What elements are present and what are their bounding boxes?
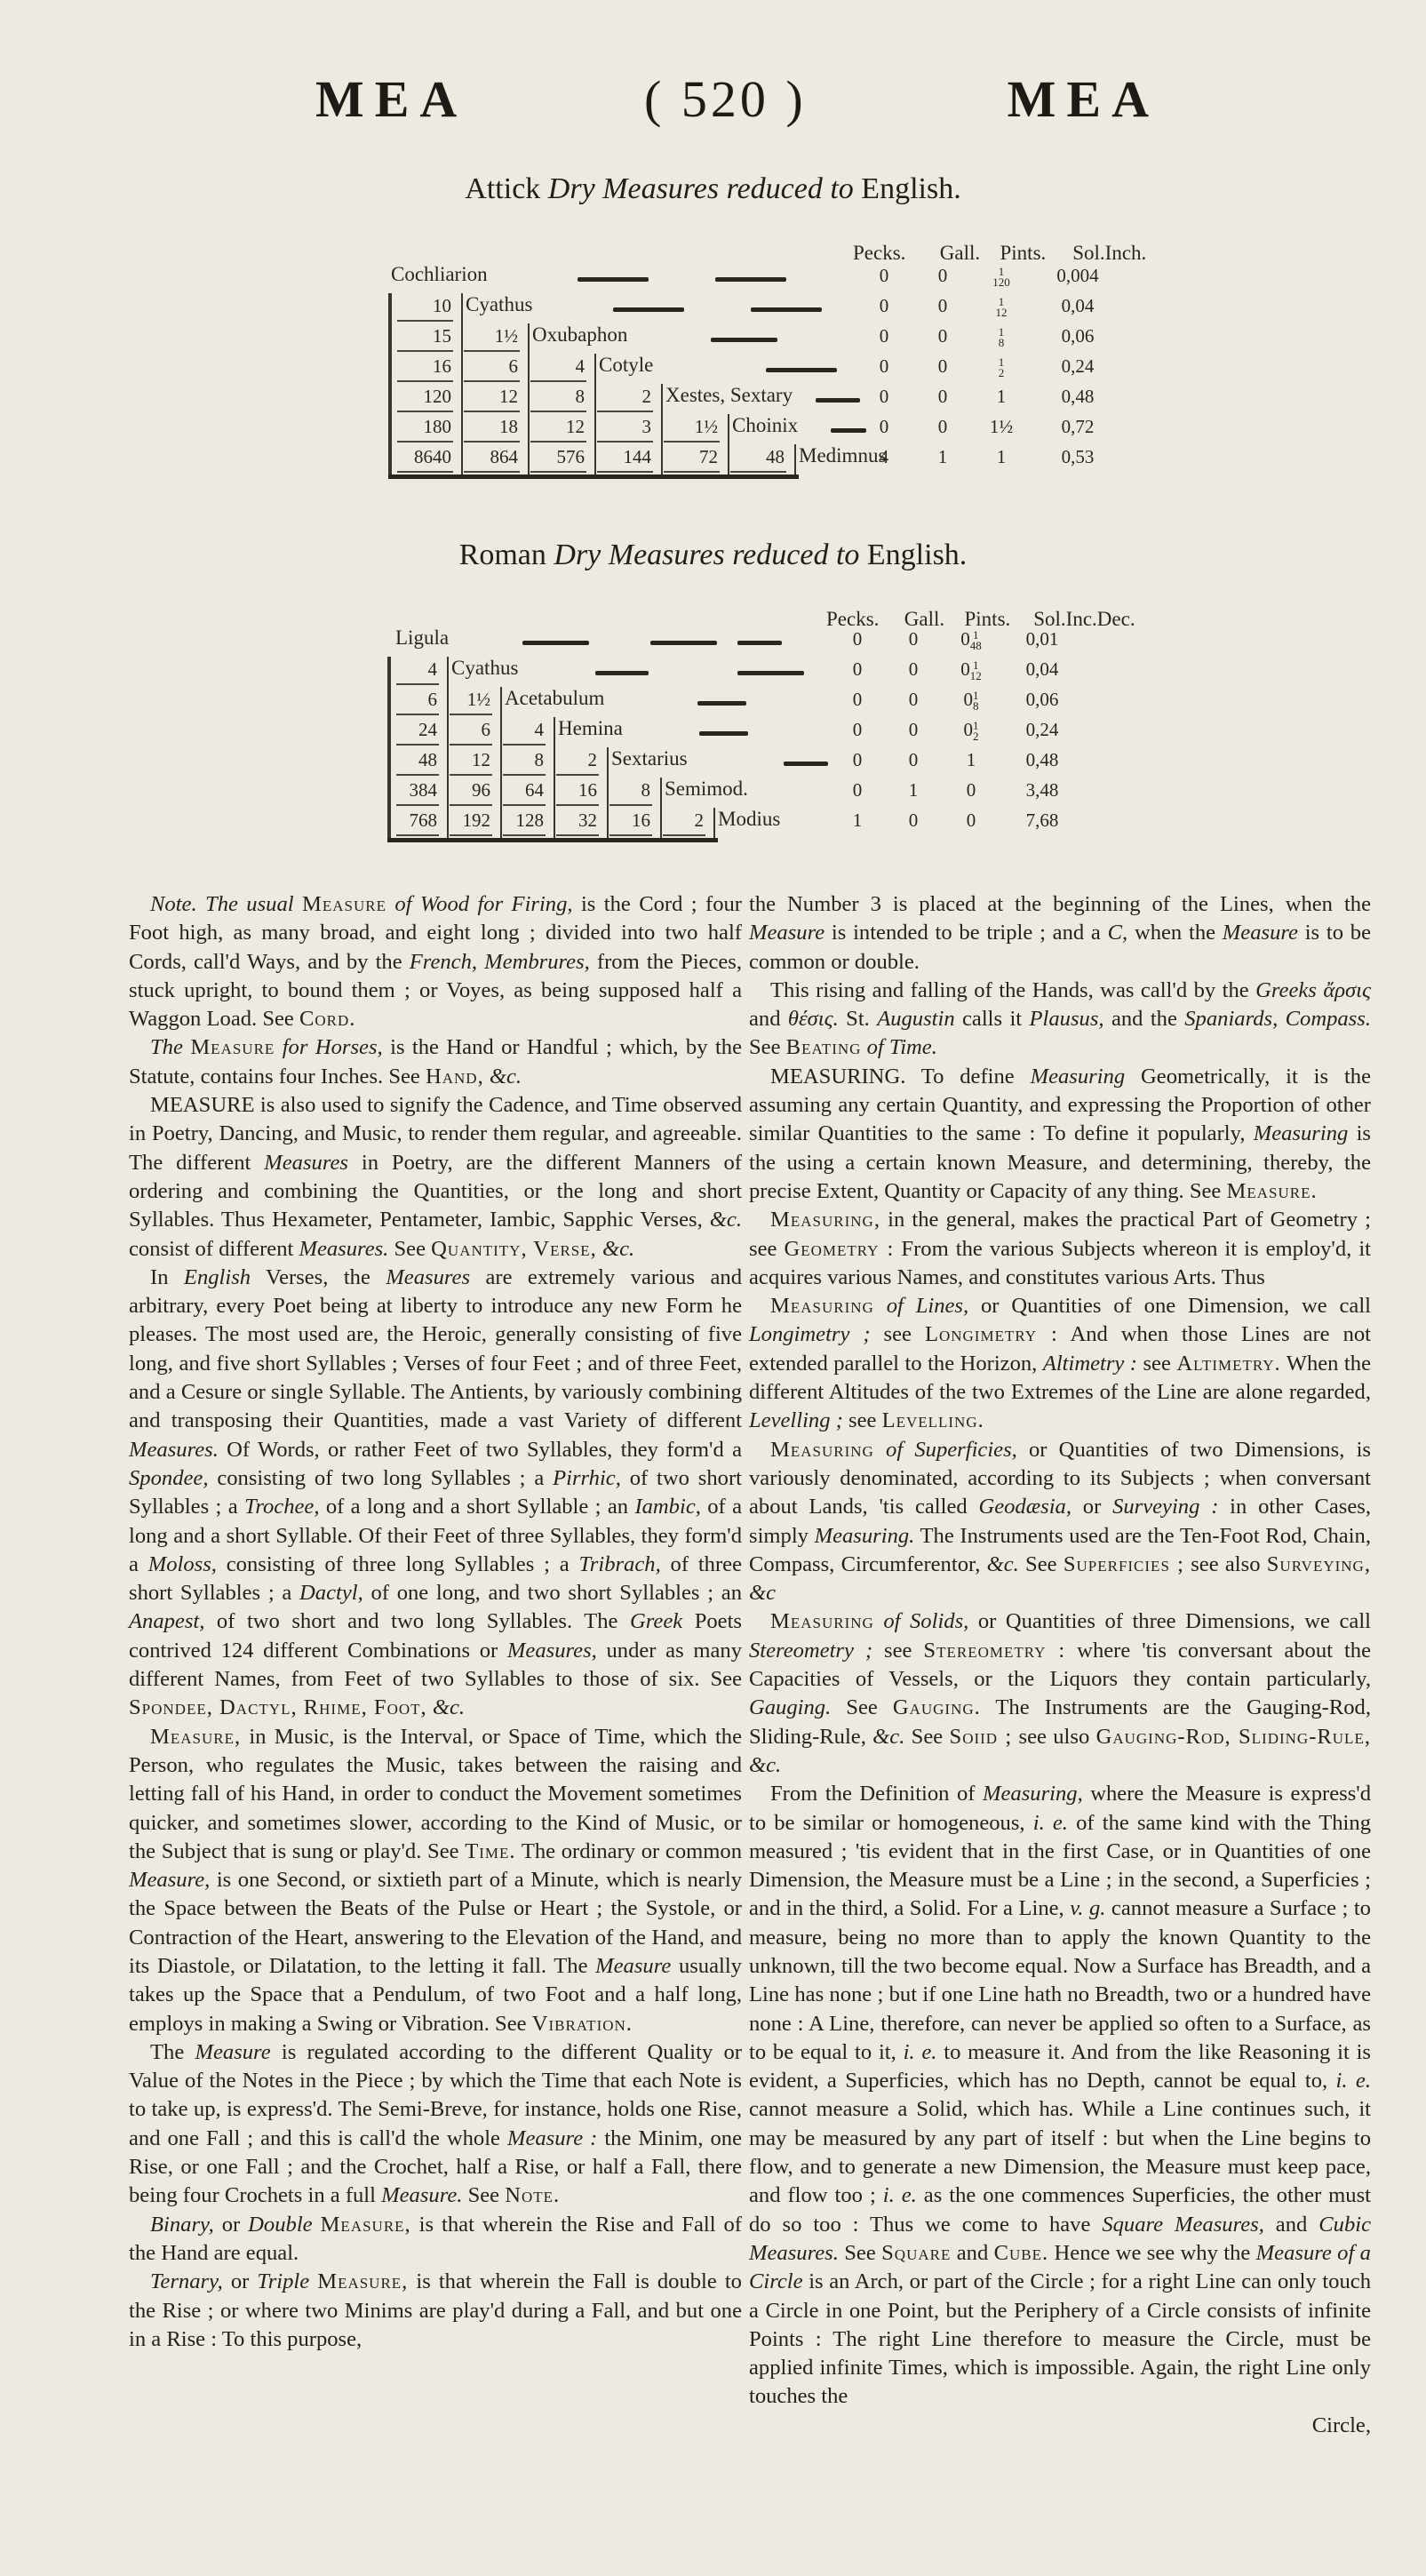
text-run: i. e. — [1033, 1811, 1068, 1835]
text-run: Double — [248, 2213, 312, 2237]
leader-dash — [831, 428, 866, 433]
text-run: Tribrach, — [578, 1552, 660, 1576]
value-gall: 0 — [920, 295, 965, 317]
ratio-cell: 18 — [460, 416, 518, 438]
text-run: Measures. — [129, 1438, 219, 1462]
text-run: In — [150, 1265, 184, 1289]
ratio-cell: 6 — [446, 719, 490, 741]
ratio-cell: 16 — [553, 779, 597, 802]
ratio-cell: 192 — [446, 809, 490, 832]
ratio-cell: 6 — [393, 689, 437, 711]
text-run: Iambic, — [634, 1495, 700, 1519]
text-run: From the Definition of — [770, 1782, 983, 1806]
text-run: See — [462, 2183, 505, 2207]
value-pecks: 0 — [835, 719, 880, 741]
text-run: Ternary, — [150, 2269, 223, 2293]
cell-underline — [503, 804, 546, 806]
text-run: &c. — [872, 1725, 904, 1749]
text-run: Verses, the — [251, 1265, 386, 1289]
ratio-cell: 4 — [527, 355, 585, 378]
value-pecks: 0 — [835, 689, 880, 711]
text-run: of Time. — [867, 1035, 937, 1059]
text-run: Time. — [465, 1839, 515, 1863]
text-run: Greek — [630, 1609, 682, 1633]
text-run: Gauging. — [749, 1695, 831, 1719]
text-run: and the — [1104, 1007, 1185, 1031]
text-run: &c. — [602, 1237, 634, 1261]
measure-name: Xestes, Sextary — [665, 384, 793, 407]
text-run: Levelling. — [882, 1408, 984, 1432]
text-run: The ordinary or common — [516, 1839, 742, 1863]
paragraph-rising-falling: This rising and falling of the Hands, wa… — [749, 977, 1371, 1063]
cell-underline — [609, 804, 652, 806]
cell-underline — [397, 471, 453, 473]
text-run: of Wood for Firing, — [394, 892, 572, 916]
value-pecks: 0 — [862, 416, 906, 438]
title-prefix: Roman — [459, 538, 546, 571]
cell-underline — [464, 471, 520, 473]
cell-underline — [396, 834, 439, 836]
table-left-rule — [388, 293, 392, 475]
measure-name: Cyathus — [466, 293, 532, 316]
cell-underline — [464, 380, 520, 382]
text-run: Augustin — [877, 1007, 954, 1031]
value-pecks: 4 — [862, 446, 906, 468]
cell-underline — [464, 441, 520, 443]
value-pecks: 1 — [835, 809, 880, 832]
cell-underline — [450, 804, 492, 806]
table-row: 151½Oxubaphon00180,06 — [0, 323, 1426, 354]
text-run: Measures. — [299, 1237, 388, 1261]
text-run: see — [1137, 1352, 1176, 1376]
ratio-cell: 1½ — [660, 416, 718, 438]
value-gall: 0 — [891, 658, 936, 681]
measure-name: Sextarius — [611, 747, 688, 770]
text-run: Measuring, — [983, 1782, 1083, 1806]
text-run: are extremely various and arbitrary, eve… — [129, 1265, 742, 1432]
text-run: see ulso — [1012, 1725, 1095, 1749]
table-bottom-rule — [388, 475, 799, 479]
text-run: consisting of three long Syllables ; a — [217, 1552, 579, 1576]
text-run: Measures — [386, 1265, 470, 1289]
cell-underline — [450, 774, 492, 776]
leader-dash — [715, 277, 786, 282]
value-sol: 0,04 — [1002, 658, 1082, 681]
value-gall: 0 — [891, 719, 936, 741]
ratio-cell: 48 — [727, 446, 785, 468]
text-run: or Quantities of three Dimensions, we ca… — [968, 1609, 1371, 1633]
cell-underline — [396, 804, 439, 806]
text-run: Vibration. — [532, 2012, 633, 2036]
text-run: for Horses, — [283, 1035, 383, 1059]
title-italic: Dry Measures reduced to — [548, 172, 854, 205]
text-run: or — [214, 2213, 248, 2237]
text-run: Quantity, Verse, — [431, 1237, 597, 1261]
text-run: English — [184, 1265, 251, 1289]
catchword: Circle, — [749, 2412, 1371, 2440]
text-run: Plausus, — [1030, 1007, 1104, 1031]
value-sol: 0,48 — [1038, 386, 1118, 408]
table-row: 61½Acetabulum000180,06 — [0, 687, 1426, 717]
leader-dash — [784, 762, 828, 766]
text-run: Measuring — [1254, 1121, 1349, 1145]
leader-dash — [650, 641, 717, 645]
text-run: The usual — [205, 892, 294, 916]
table-row: Ligula0001480,01 — [0, 626, 1426, 657]
text-run: Of Words, or rather Feet of two Syllable… — [219, 1438, 742, 1462]
table-row: 1664Cotyle00120,24 — [0, 354, 1426, 384]
leader-dash — [699, 731, 748, 736]
text-run: The — [150, 2040, 195, 2064]
text-run: French, Membrures, — [410, 950, 590, 974]
value-sol: 0,48 — [1002, 749, 1082, 771]
value-sol: 7,68 — [1002, 809, 1082, 832]
text-run: Geodæsia, — [978, 1495, 1071, 1519]
title-suffix: English. — [867, 538, 967, 571]
value-gall: 0 — [920, 325, 965, 347]
cell-underline — [556, 804, 599, 806]
text-run: &c — [749, 1581, 776, 1605]
value-pints: 0148 — [949, 628, 993, 651]
ratio-cell: 12 — [527, 416, 585, 438]
text-run: Superficies ; — [1064, 1552, 1184, 1576]
col-sol-inch: Sol.Inch. — [1072, 242, 1146, 265]
value-pints: 0 — [949, 809, 993, 832]
value-sol: 0,72 — [1038, 416, 1118, 438]
text-run: Measure — [190, 1035, 275, 1059]
text-run: See — [388, 1237, 431, 1261]
text-run: Cube. — [994, 2241, 1049, 2265]
value-sol: 0,06 — [1038, 325, 1118, 347]
table-row: 76819212832162Modius1007,68 — [0, 808, 1426, 838]
cell-underline — [609, 834, 652, 836]
value-pints: 1 — [949, 749, 993, 771]
ratio-cell: 32 — [553, 809, 597, 832]
ratio-cell: 15 — [394, 325, 451, 347]
text-run: of Solids, — [883, 1609, 968, 1633]
leader-dash — [522, 641, 589, 645]
cell-underline — [530, 411, 586, 412]
value-sol: 0,01 — [1002, 628, 1082, 650]
cell-underline — [663, 834, 705, 836]
ratio-cell: 4 — [499, 719, 544, 741]
text-run: Gauging. — [893, 1695, 981, 1719]
text-run: see — [872, 1639, 923, 1663]
value-pints: 0 — [949, 779, 993, 802]
text-run: or Quantities of one Dimension, we call — [968, 1294, 1371, 1318]
text-run: Dactyl, — [299, 1581, 363, 1605]
text-run: Stereometry : — [923, 1639, 1065, 1663]
paragraph-definition-of-measuring: From the Definition of Measuring, where … — [749, 1780, 1371, 2412]
leader-dash — [737, 671, 804, 675]
paragraph-measuring-general: Measuring, in the general, makes the pra… — [749, 1206, 1371, 1292]
text-run: Anapest, — [129, 1609, 204, 1633]
text-run: Measuring — [1031, 1065, 1126, 1089]
text-run: see — [871, 1322, 925, 1346]
text-run: Note. — [150, 892, 197, 916]
text-run: Measure : — [507, 2126, 597, 2150]
table-row: 3849664168Semimod.0103,48 — [0, 778, 1426, 808]
text-run: Pirrhic, — [553, 1466, 621, 1490]
text-run: Stereometry ; — [749, 1639, 872, 1663]
text-run: Measure — [195, 2040, 270, 2064]
ratio-cell: 8 — [499, 749, 544, 771]
text-run: see — [843, 1408, 882, 1432]
text-run: Measure, — [321, 2213, 411, 2237]
cell-underline — [397, 441, 453, 443]
text-run: is intended to be triple ; and a — [825, 921, 1107, 945]
text-run: i. e. — [1336, 2069, 1371, 2093]
cell-underline — [450, 744, 492, 746]
ratio-cell: 8 — [606, 779, 650, 802]
paragraph-measure-in-music: Measure, in Music, is the Interval, or S… — [129, 1723, 742, 2038]
text-run: i. e. — [883, 2183, 917, 2207]
value-sol: 0,53 — [1038, 446, 1118, 468]
text-run: the Number 3 is placed at the beginning … — [749, 892, 1371, 916]
table-row: Cochliarion0011200,004 — [0, 263, 1426, 293]
text-run: Note. — [505, 2183, 560, 2207]
text-run: To define — [905, 1065, 1030, 1089]
text-run: or — [223, 2269, 258, 2293]
text-run: of one long, and two short Syllables ; a… — [363, 1581, 742, 1605]
cell-underline — [556, 834, 599, 836]
text-run: Measure. — [1227, 1179, 1318, 1203]
paragraph-triple-number: the Number 3 is placed at the beginning … — [749, 890, 1371, 977]
table-row: 86408645761447248Medimnus4110,53 — [0, 444, 1426, 475]
text-run: See — [749, 1035, 786, 1059]
ratio-cell: 144 — [594, 446, 651, 468]
cell-underline — [730, 471, 786, 473]
cell-underline — [396, 774, 439, 776]
table-row: 2464Hemina000120,24 — [0, 717, 1426, 747]
cell-underline — [664, 441, 720, 443]
column-rule — [794, 444, 796, 475]
col-pints: Pints. — [1000, 242, 1068, 265]
value-gall: 0 — [920, 265, 965, 287]
measure-name: Acetabulum — [505, 687, 604, 710]
text-run: Measures — [264, 1151, 348, 1175]
leader-dash — [697, 701, 746, 706]
text-run: See — [839, 2241, 881, 2265]
text-run: see also — [1184, 1552, 1267, 1576]
ratio-cell: 4 — [393, 658, 437, 681]
table-row: 4Cyathus0001120,04 — [0, 657, 1426, 687]
text-run: &c. — [433, 1695, 465, 1719]
value-pecks: 0 — [835, 628, 880, 650]
ratio-cell: 128 — [499, 809, 544, 832]
text-run: Soiid ; — [950, 1725, 1013, 1749]
value-pints: 018 — [949, 689, 993, 712]
text-run: Spondee, Dactyl, Rhime, Foot, — [129, 1695, 427, 1719]
table-row: 1201282Xestes, Sextary0010,48 — [0, 384, 1426, 414]
attick-column-headers: Pecks. Gall. Pints. Sol.Inch. — [853, 242, 1146, 265]
paragraph-measuring-definition: MEASURING. To define Measuring Geometric… — [749, 1063, 1371, 1206]
text-run: is an Arch, or part of the Circle ; for … — [749, 2269, 1371, 2408]
text-run: Measure, — [150, 1725, 241, 1749]
leader-dash — [578, 277, 649, 282]
text-run: St. — [839, 1007, 877, 1031]
measure-name: Cotyle — [599, 354, 653, 377]
value-pecks: 0 — [835, 779, 880, 802]
text-run: cannot measure a Surface ; to measure, b… — [749, 1896, 1371, 2063]
text-run: Measure — [595, 1954, 671, 1978]
text-run: Geometry : — [784, 1237, 894, 1261]
paragraph-measuring-superficies: Measuring of Superficies, or Quantities … — [749, 1436, 1371, 1608]
table-row: 180181231½Choinix001½0,72 — [0, 414, 1426, 444]
ratio-cell: 16 — [394, 355, 451, 378]
value-pints: 012 — [949, 719, 993, 742]
value-gall: 0 — [920, 416, 965, 438]
ratio-cell: 2 — [594, 386, 651, 408]
measure-name: Ligula — [395, 626, 449, 650]
paragraph-wood-measure: Note. The usual Measure of Wood for Firi… — [129, 890, 742, 1033]
text-run: Square — [881, 2241, 951, 2265]
paragraph-measure-cadence: MEASURE is also used to signify the Cade… — [129, 1091, 742, 1264]
cell-underline — [450, 714, 492, 715]
page-number: ( 520 ) — [644, 69, 807, 129]
text-run: The — [150, 1035, 183, 1059]
ratio-cell: 1½ — [460, 325, 518, 347]
title-suffix: English. — [861, 172, 960, 205]
ratio-cell: 1½ — [446, 689, 490, 711]
cell-underline — [503, 744, 546, 746]
text-run: Surveying, — [1267, 1552, 1371, 1576]
text-run: and — [1264, 2213, 1318, 2237]
paragraph-ternary-measure: Ternary, or Triple Measure, is that wher… — [129, 2268, 742, 2354]
text-run: Measure, — [317, 2269, 408, 2293]
text-run: Measuring — [770, 1438, 874, 1462]
column-rule — [713, 808, 715, 838]
cell-underline — [464, 350, 520, 352]
cell-underline — [530, 380, 586, 382]
table-row: 10Cyathus001120,04 — [0, 293, 1426, 323]
text-run: This rising and falling of the Hands, wa… — [770, 978, 1255, 1002]
value-pints: 1120 — [979, 265, 1024, 288]
roman-table-title: Roman Dry Measures reduced to English. — [0, 538, 1426, 572]
paragraph-measuring-lines: Measuring of Lines, or Quantities of one… — [749, 1292, 1371, 1435]
leader-dash — [766, 368, 837, 372]
cell-underline — [556, 774, 599, 776]
attick-table-title: Attick Dry Measures reduced to English. — [0, 172, 1426, 206]
cell-underline — [396, 714, 439, 715]
cell-underline — [530, 471, 586, 473]
cell-underline — [503, 774, 546, 776]
ratio-cell: 8640 — [394, 446, 451, 468]
ratio-cell: 72 — [660, 446, 718, 468]
text-run: Measure — [1223, 921, 1298, 945]
text-run: v. g. — [1070, 1896, 1105, 1920]
value-sol: 0,24 — [1002, 719, 1082, 741]
value-sol: 0,06 — [1002, 689, 1082, 711]
ratio-cell: 384 — [393, 779, 437, 802]
ratio-cell: 6 — [460, 355, 518, 378]
measure-name: Choinix — [732, 414, 798, 437]
text-run: &c. — [749, 1753, 781, 1777]
text-run: Measuring. — [815, 1524, 915, 1548]
paragraph-horse-measure: The Measure for Horses, is the Hand or H… — [129, 1033, 742, 1091]
text-run: of Lines, — [887, 1294, 968, 1318]
text-run: Measure — [302, 892, 386, 916]
text-run: C, — [1108, 921, 1128, 945]
cell-underline — [397, 350, 453, 352]
leader-dash — [816, 398, 860, 403]
text-run: Altimetry. — [1176, 1352, 1280, 1376]
value-sol: 0,004 — [1038, 265, 1118, 287]
paragraph-binary-measure: Binary, or Double Measure, is that where… — [129, 2211, 742, 2269]
table-row: 481282Sextarius0010,48 — [0, 747, 1426, 778]
paragraph-measure-regulated: The Measure is regulated according to th… — [129, 2038, 742, 2211]
text-run: See — [831, 1695, 893, 1719]
text-run: i. e. — [904, 2040, 937, 2064]
text-run: Surveying : — [1112, 1495, 1218, 1519]
leader-dash — [711, 338, 777, 342]
title-italic: Dry Measures reduced to — [554, 538, 859, 571]
value-pints: 1½ — [979, 416, 1024, 438]
ratio-cell: 120 — [394, 386, 451, 408]
text-run: Moloss, — [148, 1552, 217, 1576]
cell-underline — [397, 320, 453, 322]
text-run: Gauging-Rod, Sliding-Rule, — [1096, 1725, 1371, 1749]
measure-name: Hemina — [558, 717, 623, 740]
value-gall: 0 — [920, 386, 965, 408]
running-header: MEA ( 520 ) MEA — [315, 69, 1159, 132]
cell-underline — [396, 683, 439, 685]
text-run: Binary, — [150, 2213, 214, 2237]
header-right-word: MEA — [1008, 69, 1159, 129]
text-run: Levelling ; — [749, 1408, 843, 1432]
header-left-word: MEA — [315, 69, 467, 129]
ratio-cell: 8 — [527, 386, 585, 408]
value-pecks: 0 — [835, 658, 880, 681]
left-text-column: Note. The usual Measure of Wood for Firi… — [129, 890, 742, 2354]
cell-underline — [397, 411, 453, 412]
text-run: Beating — [786, 1035, 862, 1059]
paragraph-measuring-solids: Measuring of Solids, or Quantities of th… — [749, 1607, 1371, 1780]
text-run: &c. — [987, 1552, 1019, 1576]
cell-underline — [597, 471, 653, 473]
value-gall: 0 — [891, 628, 936, 650]
ratio-cell: 864 — [460, 446, 518, 468]
text-run: of Superficies, — [886, 1438, 1017, 1462]
value-pints: 1 — [979, 446, 1024, 468]
text-run: and — [951, 2241, 993, 2265]
text-run: when the — [1127, 921, 1223, 945]
value-gall: 1 — [891, 779, 936, 802]
ratio-cell: 64 — [499, 779, 544, 802]
text-run: Longimetry : — [925, 1322, 1058, 1346]
value-gall: 0 — [891, 689, 936, 711]
paragraph-english-verses: In English Verses, the Measures are extr… — [129, 1264, 742, 1723]
value-gall: 0 — [891, 809, 936, 832]
value-gall: 1 — [920, 446, 965, 468]
text-run: See — [904, 1725, 949, 1749]
text-run: Measure — [749, 921, 825, 945]
ratio-cell: 12 — [446, 749, 490, 771]
ratio-cell: 48 — [393, 749, 437, 771]
cell-underline — [597, 441, 653, 443]
value-pecks: 0 — [835, 749, 880, 771]
value-pecks: 0 — [862, 355, 906, 378]
text-run: Measure, — [129, 1868, 210, 1892]
col-pecks: Pecks. — [853, 242, 935, 265]
value-gall: 0 — [920, 355, 965, 378]
right-text-column: the Number 3 is placed at the beginning … — [749, 890, 1371, 2440]
text-run: θέσις. — [788, 1007, 839, 1031]
text-run: Hand, — [426, 1065, 484, 1089]
leader-dash — [751, 307, 822, 312]
text-run: Hence we see why the — [1048, 2241, 1256, 2265]
value-gall: 0 — [891, 749, 936, 771]
